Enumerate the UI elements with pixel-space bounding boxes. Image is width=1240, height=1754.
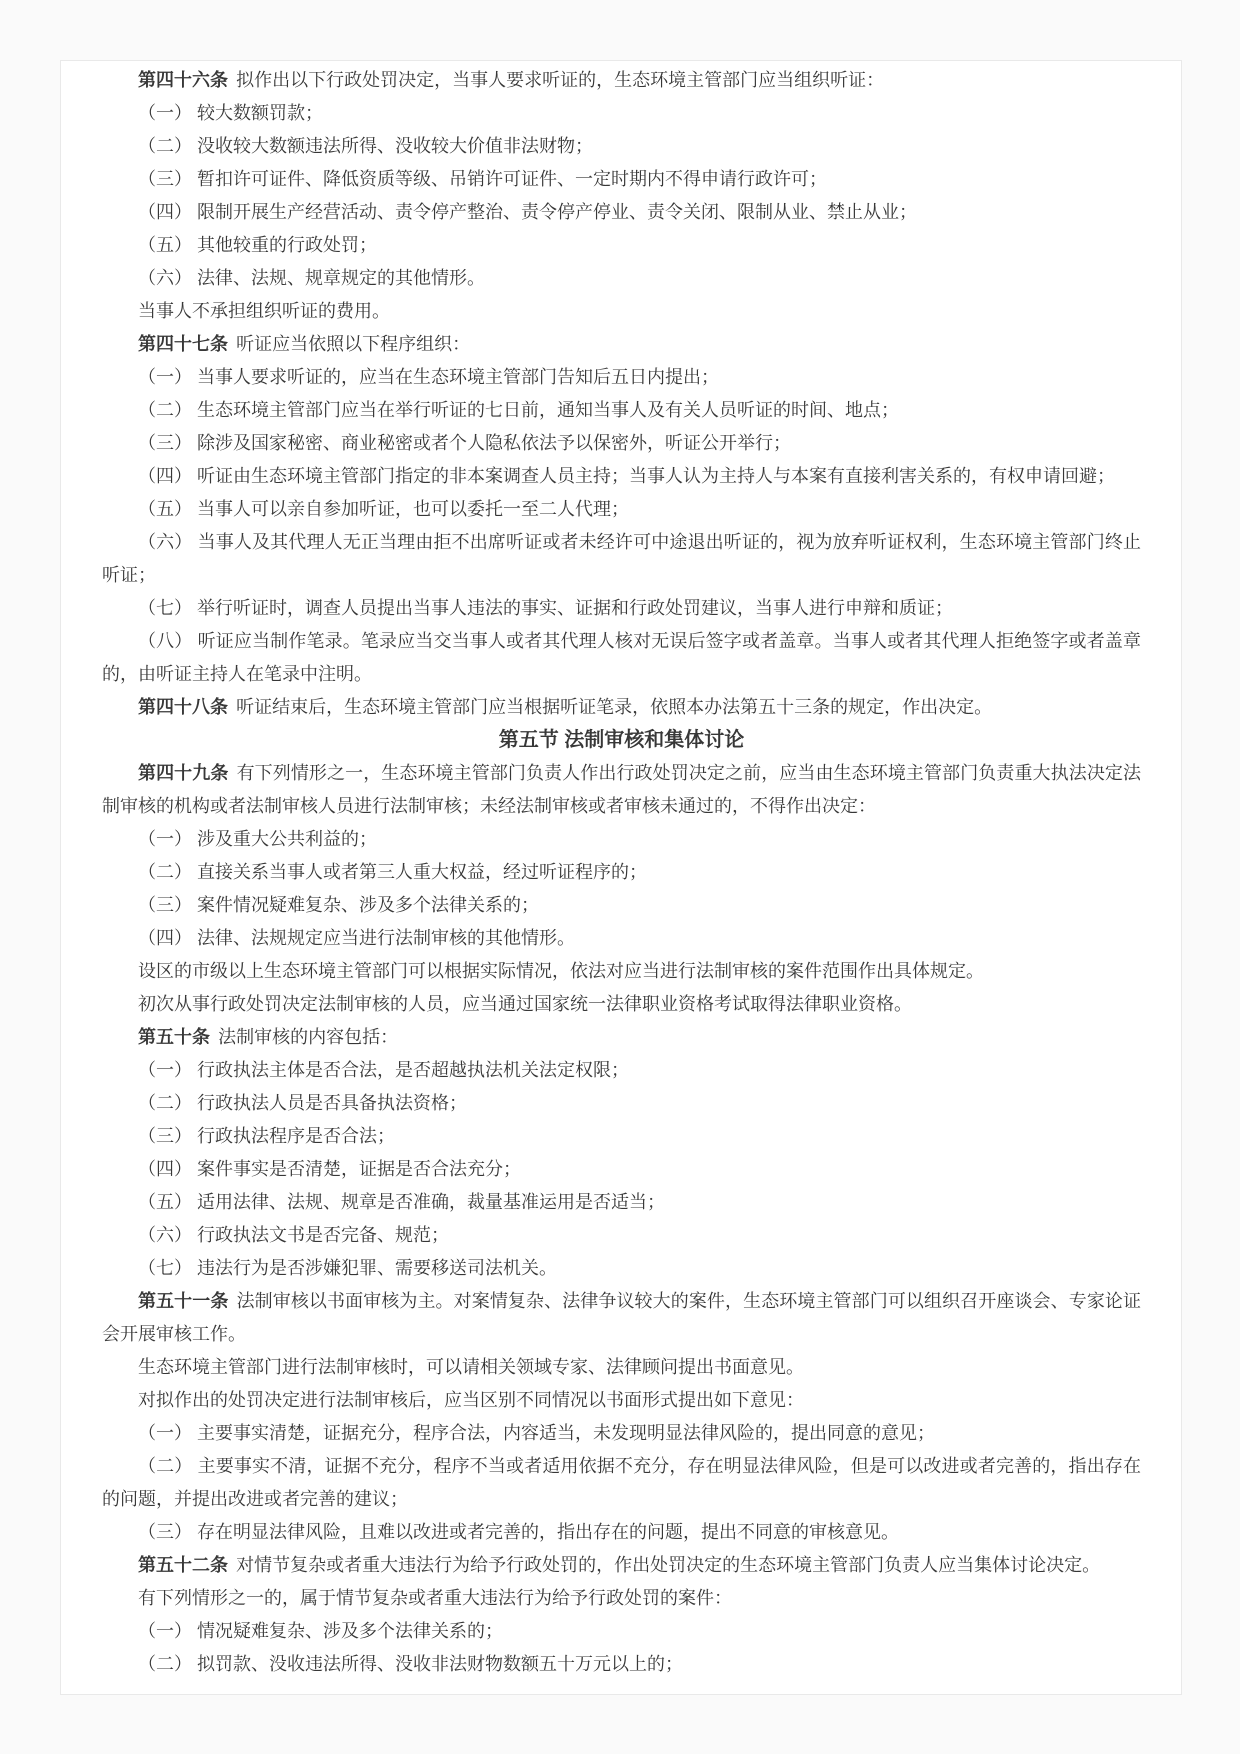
list-item: （七） 举行听证时，调查人员提出当事人违法的事实、证据和行政处罚建议，当事人进行… (102, 592, 1141, 625)
paragraph-text: （五） 当事人可以亲自参加听证，也可以委托一至二人代理； (138, 499, 629, 519)
list-item: （三） 存在明显法律风险，且难以改进或者完善的，指出存在的问题，提出不同意的审核… (102, 1516, 1141, 1549)
list-item: （五） 适用法律、法规、规章是否准确，裁量基准运用是否适当； (102, 1186, 1141, 1219)
paragraph-text: （四） 听证由生态环境主管部门指定的非本案调查人员主持；当事人认为主持人与本案有… (138, 466, 1115, 486)
list-item: （六） 当事人及其代理人无正当理由拒不出席听证或者未经许可中途退出听证的，视为放… (102, 526, 1141, 592)
paragraph-text: 当事人不承担组织听证的费用。 (138, 301, 390, 321)
paragraph-text: （二） 直接关系当事人或者第三人重大权益，经过听证程序的； (138, 862, 647, 882)
paragraph-text: 听证应当依照以下程序组织： (236, 334, 470, 354)
paragraph: 生态环境主管部门进行法制审核时，可以请相关领域专家、法律顾问提出书面意见。 (102, 1351, 1141, 1384)
article-paragraph: 第五十一条法制审核以书面审核为主。对案情复杂、法律争议较大的案件，生态环境主管部… (102, 1285, 1141, 1351)
list-item: （四） 法律、法规规定应当进行法制审核的其他情形。 (102, 922, 1141, 955)
article-paragraph: 第五十二条对情节复杂或者重大违法行为给予行政处罚的，作出处罚决定的生态环境主管部… (102, 1549, 1141, 1582)
list-item: （二） 直接关系当事人或者第三人重大权益，经过听证程序的； (102, 856, 1141, 889)
list-item: （二） 行政执法人员是否具备执法资格； (102, 1087, 1141, 1120)
paragraph-text: （二） 没收较大数额违法所得、没收较大价值非法财物； (138, 136, 593, 156)
article-paragraph: 第五十条法制审核的内容包括： (102, 1021, 1141, 1054)
article-number: 第四十九条 (138, 763, 228, 783)
article-paragraph: 第四十七条听证应当依照以下程序组织： (102, 328, 1141, 361)
paragraph-text: （三） 除涉及国家秘密、商业秘密或者个人隐私依法予以保密外，听证公开举行； (138, 433, 791, 453)
paragraph-text: （一） 主要事实清楚，证据充分，程序合法，内容适当，未发现明显法律风险的，提出同… (138, 1423, 935, 1443)
paragraph-text: （六） 法律、法规、规章规定的其他情形。 (138, 268, 485, 288)
list-item: （六） 行政执法文书是否完备、规范； (102, 1219, 1141, 1252)
paragraph-text: 生态环境主管部门进行法制审核时，可以请相关领域专家、法律顾问提出书面意见。 (138, 1357, 804, 1377)
article-number: 第四十八条 (138, 697, 228, 717)
paragraph-text: （七） 违法行为是否涉嫌犯罪、需要移送司法机关。 (138, 1258, 557, 1278)
paragraph-text: （三） 行政执法程序是否合法； (138, 1126, 395, 1146)
article-number: 第五十条 (138, 1027, 210, 1047)
list-item: （一） 主要事实清楚，证据充分，程序合法，内容适当，未发现明显法律风险的，提出同… (102, 1417, 1141, 1450)
list-item: （一） 行政执法主体是否合法，是否超越执法机关法定权限； (102, 1054, 1141, 1087)
paragraph-text: （二） 行政执法人员是否具备执法资格； (138, 1093, 467, 1113)
paragraph-text: （八） 听证应当制作笔录。笔录应当交当事人或者其代理人核对无误后签字或者盖章。当… (102, 631, 1141, 684)
paragraph-text: （四） 限制开展生产经营活动、责令停产整治、责令停产停业、责令关闭、限制从业、禁… (138, 202, 917, 222)
list-item: （二） 主要事实不清，证据不充分，程序不当或者适用依据不充分，存在明显法律风险，… (102, 1450, 1141, 1516)
paragraph: 设区的市级以上生态环境主管部门可以根据实际情况，依法对应当进行法制审核的案件范围… (102, 955, 1141, 988)
section-heading: 第五节 法制审核和集体讨论 (102, 724, 1141, 757)
paragraph-text: 有下列情形之一的，属于情节复杂或者重大违法行为给予行政处罚的案件： (138, 1588, 732, 1608)
article-number: 第四十六条 (138, 70, 228, 90)
paragraph-text: 有下列情形之一，生态环境主管部门负责人作出行政处罚决定之前，应当由生态环境主管部… (102, 763, 1141, 816)
list-item: （一） 当事人要求听证的，应当在生态环境主管部门告知后五日内提出； (102, 361, 1141, 394)
article-paragraph: 第四十九条有下列情形之一，生态环境主管部门负责人作出行政处罚决定之前，应当由生态… (102, 757, 1141, 823)
article-number: 第四十七条 (138, 334, 228, 354)
list-item: （一） 情况疑难复杂、涉及多个法律关系的； (102, 1615, 1141, 1648)
paragraph-text: （七） 举行听证时，调查人员提出当事人违法的事实、证据和行政处罚建议，当事人进行… (138, 598, 953, 618)
paragraph-text: （一） 情况疑难复杂、涉及多个法律关系的； (138, 1621, 503, 1641)
list-item: （五） 当事人可以亲自参加听证，也可以委托一至二人代理； (102, 493, 1141, 526)
paragraph-text: （二） 主要事实不清，证据不充分，程序不当或者适用依据不充分，存在明显法律风险，… (102, 1456, 1141, 1509)
list-item: （二） 生态环境主管部门应当在举行听证的七日前，通知当事人及有关人员听证的时间、… (102, 394, 1141, 427)
paragraph-text: （五） 适用法律、法规、规章是否准确，裁量基准运用是否适当； (138, 1192, 665, 1212)
paragraph: 当事人不承担组织听证的费用。 (102, 295, 1141, 328)
paragraph-text: （三） 存在明显法律风险，且难以改进或者完善的，指出存在的问题，提出不同意的审核… (138, 1522, 899, 1542)
document-page: 第四十六条拟作出以下行政处罚决定，当事人要求听证的，生态环境主管部门应当组织听证… (60, 60, 1182, 1695)
paragraph-text: （一） 行政执法主体是否合法，是否超越执法机关法定权限； (138, 1060, 629, 1080)
list-item: （二） 拟罚款、没收违法所得、没收非法财物数额五十万元以上的； (102, 1648, 1141, 1681)
paragraph-text: （一） 当事人要求听证的，应当在生态环境主管部门告知后五日内提出； (138, 367, 719, 387)
article-number: 第五十一条 (138, 1291, 228, 1311)
paragraph-text: （六） 当事人及其代理人无正当理由拒不出席听证或者未经许可中途退出听证的，视为放… (102, 532, 1141, 585)
article-number: 第五十二条 (138, 1555, 228, 1575)
list-item: （二） 没收较大数额违法所得、没收较大价值非法财物； (102, 130, 1141, 163)
list-item: （三） 暂扣许可证件、降低资质等级、吊销许可证件、一定时期内不得申请行政许可； (102, 163, 1141, 196)
paragraph-text: 法制审核的内容包括： (218, 1027, 398, 1047)
list-item: （一） 涉及重大公共利益的； (102, 823, 1141, 856)
paragraph-text: 法制审核以书面审核为主。对案情复杂、法律争议较大的案件，生态环境主管部门可以组织… (102, 1291, 1141, 1344)
list-item: （七） 违法行为是否涉嫌犯罪、需要移送司法机关。 (102, 1252, 1141, 1285)
paragraph-text: （五） 其他较重的行政处罚； (138, 235, 377, 255)
article-paragraph: 第四十六条拟作出以下行政处罚决定，当事人要求听证的，生态环境主管部门应当组织听证… (102, 64, 1141, 97)
paragraph-text: 拟作出以下行政处罚决定，当事人要求听证的，生态环境主管部门应当组织听证： (236, 70, 884, 90)
list-item: （三） 案件情况疑难复杂、涉及多个法律关系的； (102, 889, 1141, 922)
paragraph-text: （六） 行政执法文书是否完备、规范； (138, 1225, 449, 1245)
section-heading-text: 第五节 法制审核和集体讨论 (499, 729, 745, 751)
paragraph-text: （二） 生态环境主管部门应当在举行听证的七日前，通知当事人及有关人员听证的时间、… (138, 400, 899, 420)
paragraph-text: （二） 拟罚款、没收违法所得、没收非法财物数额五十万元以上的； (138, 1654, 683, 1674)
paragraph-text: （一） 涉及重大公共利益的； (138, 829, 377, 849)
paragraph-text: （三） 暂扣许可证件、降低资质等级、吊销许可证件、一定时期内不得申请行政许可； (138, 169, 827, 189)
list-item: （一） 较大数额罚款； (102, 97, 1141, 130)
paragraph-text: 听证结束后，生态环境主管部门应当根据听证笔录，依照本办法第五十三条的规定，作出决… (236, 697, 992, 717)
list-item: （四） 案件事实是否清楚，证据是否合法充分； (102, 1153, 1141, 1186)
paragraph-text: 对情节复杂或者重大违法行为给予行政处罚的，作出处罚决定的生态环境主管部门负责人应… (236, 1555, 1100, 1575)
list-item: （三） 行政执法程序是否合法； (102, 1120, 1141, 1153)
paragraph-text: 初次从事行政处罚决定法制审核的人员，应当通过国家统一法律职业资格考试取得法律职业… (138, 994, 912, 1014)
paragraph-text: （三） 案件情况疑难复杂、涉及多个法律关系的； (138, 895, 539, 915)
list-item: （六） 法律、法规、规章规定的其他情形。 (102, 262, 1141, 295)
paragraph-text: （四） 法律、法规规定应当进行法制审核的其他情形。 (138, 928, 575, 948)
list-item: （五） 其他较重的行政处罚； (102, 229, 1141, 262)
list-item: （四） 听证由生态环境主管部门指定的非本案调查人员主持；当事人认为主持人与本案有… (102, 460, 1141, 493)
article-paragraph: 第四十八条听证结束后，生态环境主管部门应当根据听证笔录，依照本办法第五十三条的规… (102, 691, 1141, 724)
list-item: （四） 限制开展生产经营活动、责令停产整治、责令停产停业、责令关闭、限制从业、禁… (102, 196, 1141, 229)
paragraph-text: （四） 案件事实是否清楚，证据是否合法充分； (138, 1159, 521, 1179)
paragraph-text: （一） 较大数额罚款； (138, 103, 323, 123)
paragraph: 初次从事行政处罚决定法制审核的人员，应当通过国家统一法律职业资格考试取得法律职业… (102, 988, 1141, 1021)
paragraph-text: 设区的市级以上生态环境主管部门可以根据实际情况，依法对应当进行法制审核的案件范围… (138, 961, 984, 981)
paragraph: 有下列情形之一的，属于情节复杂或者重大违法行为给予行政处罚的案件： (102, 1582, 1141, 1615)
paragraph: 对拟作出的处罚决定进行法制审核后，应当区别不同情况以书面形式提出如下意见： (102, 1384, 1141, 1417)
list-item: （三） 除涉及国家秘密、商业秘密或者个人隐私依法予以保密外，听证公开举行； (102, 427, 1141, 460)
paragraph-text: 对拟作出的处罚决定进行法制审核后，应当区别不同情况以书面形式提出如下意见： (138, 1390, 804, 1410)
document-body: 第四十六条拟作出以下行政处罚决定，当事人要求听证的，生态环境主管部门应当组织听证… (102, 64, 1141, 1681)
list-item: （八） 听证应当制作笔录。笔录应当交当事人或者其代理人核对无误后签字或者盖章。当… (102, 625, 1141, 691)
